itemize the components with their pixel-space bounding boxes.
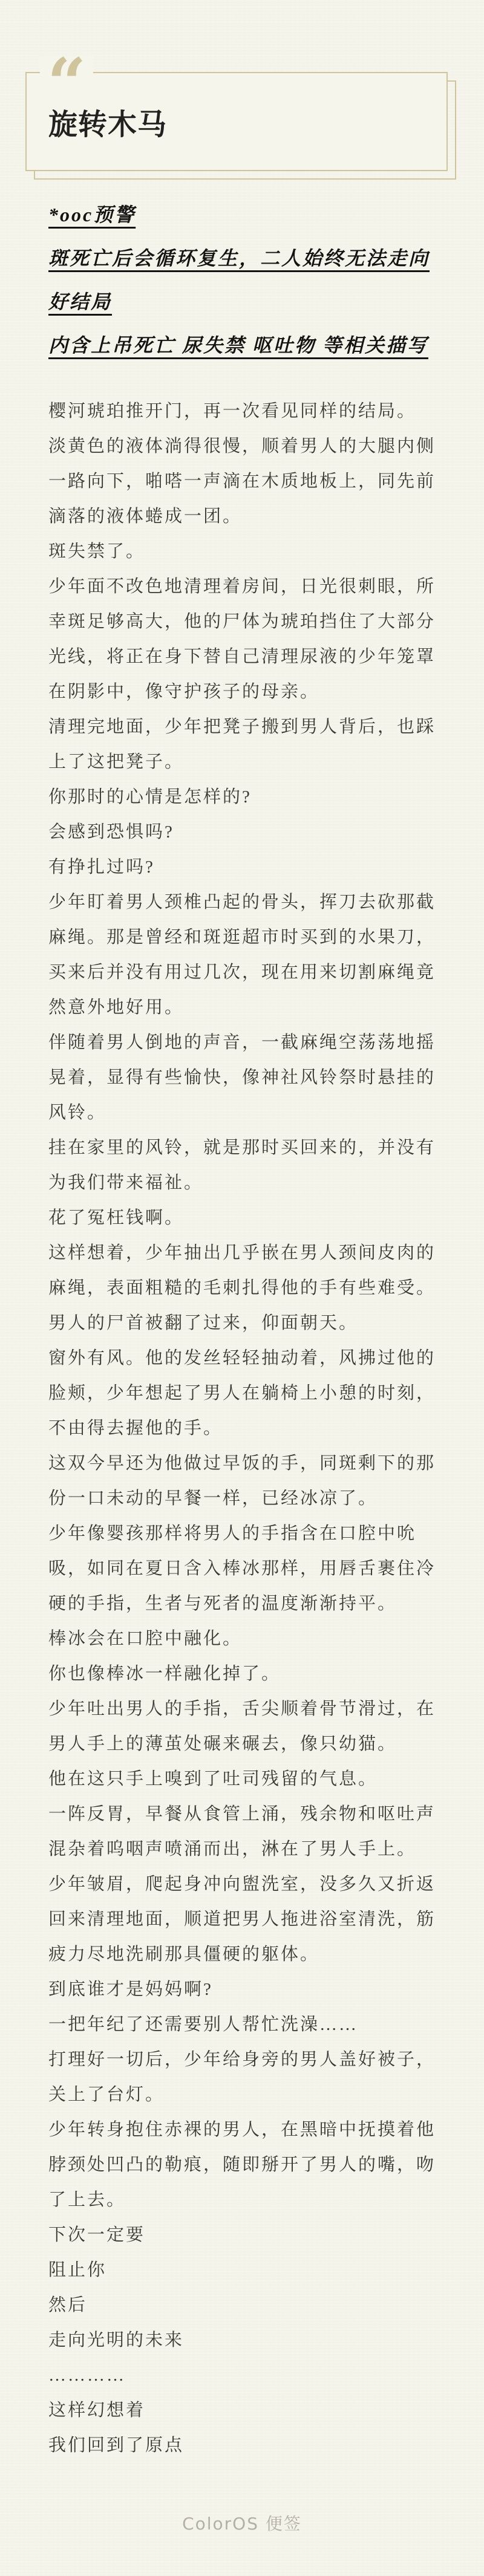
note-page: 旋转木马 “ *ooc预警斑死亡后会循环复生，二人始终无法走向好结局内含上吊死亡… [0, 0, 484, 2576]
warning-line: *ooc预警 [48, 193, 450, 236]
paragraph: 然后 [48, 2288, 439, 2323]
paragraph: 斑失禁了。 [48, 534, 439, 569]
paragraph: 少年皱眉，爬起身冲向盥洗室，没多久又折返回来清理地面，顺道把男人拖进浴室清洗，筋… [48, 1867, 439, 1972]
paragraph: 樱河琥珀推开门，再一次看见同样的结局。 [48, 394, 439, 429]
paragraph: 少年像婴孩那样将男人的手指含在口腔中吮吸，如同在夏日含入棒冰那样，用唇舌裹住冷硬… [48, 1516, 439, 1621]
paragraph: 你那时的心情是怎样的? [48, 779, 439, 815]
paragraph: 花了冤枉钱啊。 [48, 1200, 439, 1235]
app-watermark: ColorOS 便签 [0, 2511, 484, 2537]
paragraph: 走向光明的未来 [48, 2323, 439, 2358]
paragraph: 清理完地面，少年把凳子搬到男人背后，也踩上了这把凳子。 [48, 709, 439, 779]
paragraph: 他在这只手上嗅到了吐司残留的气息。 [48, 1761, 439, 1797]
paragraph: 棒冰会在口腔中融化。 [48, 1621, 439, 1656]
paragraph: 窗外有风。他的发丝轻轻抽动着，风拂过他的脸颊，少年想起了男人在躺椅上小憩的时刻，… [48, 1341, 439, 1446]
note-title: 旋转木马 [27, 101, 167, 143]
paragraph: 少年吐出男人的手指，舌尖顺着骨节滑过，在男人手上的薄茧处碾来碾去，像只幼猫。 [48, 1691, 439, 1761]
paragraph: 少年面不改色地清理着房间，日光很刺眼，所幸斑足够高大，他的尸体为琥珀挡住了大部分… [48, 569, 439, 709]
warning-line: 斑死亡后会循环复生，二人始终无法走向好结局 [48, 236, 450, 324]
paragraph: 一把年纪了还需要别人帮忙洗澡…… [48, 2007, 439, 2042]
paragraph: 一阵反胃，早餐从食管上涌，残余物和呕吐声混杂着呜咽声喷涌而出，淋在了男人手上。 [48, 1797, 439, 1867]
paragraph: 打理好一切后，少年给身旁的男人盖好被子，关上了台灯。 [48, 2042, 439, 2112]
paragraph: 这样想着，少年抽出几乎嵌在男人颈间皮肉的麻绳，表面粗糙的毛刺扎得他的手有些难受。 [48, 1235, 439, 1306]
paragraph: 会感到恐惧吗? [48, 815, 439, 850]
paragraph: 挂在家里的风铃，就是那时买回来的，并没有为我们带来福祉。 [48, 1130, 439, 1200]
title-card-border: 旋转木马 [25, 72, 448, 171]
warning-block: *ooc预警斑死亡后会循环复生，二人始终无法走向好结局内含上吊死亡 尿失禁 呕吐… [48, 193, 450, 367]
paragraph: 男人的尸首被翻了过来，仰面朝天。 [48, 1306, 439, 1341]
paragraph: 到底谁才是妈妈啊? [48, 1972, 439, 2007]
paragraph: 这样幻想着 [48, 2393, 439, 2428]
paragraph: 有挣扎过吗? [48, 850, 439, 885]
paragraph: 你也像棒冰一样融化掉了。 [48, 1656, 439, 1691]
paragraph: 这双今早还为他做过早饭的手，同斑剩下的那份一口未动的早餐一样，已经冰凉了。 [48, 1446, 439, 1516]
paragraph: 少年转身抱住赤裸的男人，在黑暗中抚摸着他脖颈处凹凸的勒痕，随即掰开了男人的嘴，吻… [48, 2112, 439, 2217]
paragraph: 少年盯着男人颈椎凸起的骨头，挥刀去砍那截麻绳。那是曾经和斑逛超市时买到的水果刀，… [48, 885, 439, 1025]
paragraph: 淡黄色的液体淌得很慢，顺着男人的大腿内侧一路向下，啪嗒一声滴在木质地板上，同先前… [48, 429, 439, 534]
paragraph: 下次一定要 [48, 2217, 439, 2252]
paragraph: 伴随着男人倒地的声音，一截麻绳空荡荡地摇晃着，显得有些愉快，像神社风铃祭时悬挂的… [48, 1025, 439, 1130]
note-body: 樱河琥珀推开门，再一次看见同样的结局。淡黄色的液体淌得很慢，顺着男人的大腿内侧一… [48, 394, 439, 2463]
paragraph: ………… [48, 2358, 439, 2393]
warning-line: 内含上吊死亡 尿失禁 呕吐物 等相关描写 [48, 324, 450, 367]
quote-icon: “ [40, 56, 93, 85]
paragraph: 我们回到了原点 [48, 2428, 439, 2463]
paragraph: 阻止你 [48, 2252, 439, 2288]
title-card: 旋转木马 “ [25, 72, 448, 171]
